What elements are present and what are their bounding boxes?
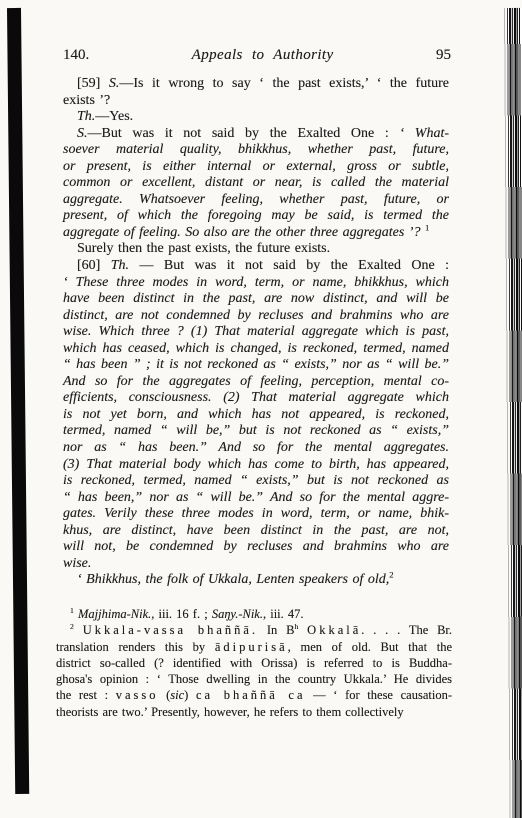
text-segment: the rest : <box>56 688 116 702</box>
body-line: aggregate. Whatsoever feeling, whether p… <box>63 192 449 209</box>
body-line: And so for the aggregates of feeling, pe… <box>63 374 449 391</box>
body-line: khus, are distinct, have been distinct i… <box>63 523 449 540</box>
text-segment: [60] <box>77 258 111 273</box>
body-line: [59] S.—Is it wrong to say ‘ the past ex… <box>63 76 449 93</box>
text-segment: In B <box>258 623 294 637</box>
text-segment: ‘ What- <box>399 126 449 141</box>
text-segment: vasso <box>116 688 159 702</box>
body-text: [59] S.—Is it wrong to say ‘ the past ex… <box>63 76 449 589</box>
text-segment: ādipurisā <box>215 640 288 654</box>
text-segment <box>74 623 83 637</box>
footnote-line: ghosa's opinion : ‘ Those dwelling in th… <box>56 671 452 687</box>
text-segment: Saŋy.-Nik. <box>212 607 263 621</box>
footnote-line: district so-called (? identified with Or… <box>56 655 452 671</box>
body-line: ‘ These three modes in word, term, or na… <box>63 275 449 292</box>
text-segment: district so-called (? identified with Or… <box>56 656 452 670</box>
body-line: termed, named “ will be,” but is not rec… <box>63 423 449 440</box>
text-segment: , iii. 47. <box>263 607 304 621</box>
text-segment: “ has been ” ; it is not reckoned as “ e… <box>63 357 449 372</box>
footnotes: 1 Majjhima-Nik., iii. 16 f. ; Saŋy.-Nik.… <box>56 606 452 720</box>
body-line: which has ceased, which is changed, is r… <box>63 341 449 358</box>
text-segment: exists ’? <box>63 93 110 108</box>
text-segment: —But was it not said by the Exalted One … <box>88 126 400 141</box>
body-line: present, of which the foregoing may be s… <box>63 208 449 225</box>
text-segment: Majjhima-Nik. <box>78 607 151 621</box>
running-title: Appeals to Authority <box>89 47 436 64</box>
page-edge-stripes <box>502 8 522 818</box>
text-segment: ‘ Bhikkhus, the folk of Ukkala, Lenten s… <box>77 572 389 587</box>
footnote-line: the rest : vasso (sic) ca bhaññā ca — ‘ … <box>56 687 452 703</box>
text-segment: ca bhaññā ca <box>196 688 306 702</box>
body-line: ‘ Bhikkhus, the folk of Ukkala, Lenten s… <box>63 572 449 589</box>
text-segment: “ has been,” nor as “ will be.” And so f… <box>63 490 449 505</box>
text-segment: ) <box>184 688 196 702</box>
text-segment: Surely then the past exists, the future … <box>77 241 330 256</box>
text-segment: termed, named “ will be,” but is not rec… <box>63 423 449 438</box>
text-segment: Th. <box>111 258 129 273</box>
superscript-marker: 1 <box>425 222 429 232</box>
scanned-book-page: 140. Appeals to Authority 95 [59] S.—Is … <box>0 0 522 818</box>
text-segment: S. <box>109 76 120 91</box>
text-segment: efficients, consciousness. (2) That mate… <box>63 390 449 405</box>
text-segment: is reckoned, termed, named “ exists,” bu… <box>63 473 449 488</box>
superscript-marker: 2 <box>389 570 393 580</box>
text-segment: . . . . The Br. <box>361 623 452 637</box>
text-segment: khus, are distinct, have been distinct i… <box>63 523 449 538</box>
text-segment: gates. Verily these three modes in word,… <box>63 506 449 521</box>
text-segment: —Yes. <box>95 109 133 124</box>
text-segment: ( <box>158 688 170 702</box>
text-segment: soever material quality, bhikkhus, wheth… <box>63 142 449 157</box>
body-line: wise. Which three ? (1) That material ag… <box>63 324 449 341</box>
footnote-line: translation renders this by ādipurisā, m… <box>56 639 452 655</box>
binding-shadow <box>7 8 29 794</box>
body-line: distinct, are not condemned by recluses … <box>63 308 449 325</box>
body-line: S.—But was it not said by the Exalted On… <box>63 126 449 143</box>
text-segment: wise. <box>63 556 91 571</box>
text-segment: , men of old. But that the <box>288 640 452 654</box>
body-line: “ has been ” ; it is not reckoned as “ e… <box>63 357 449 374</box>
text-segment: is not yet born, and which has not appea… <box>63 407 449 422</box>
text-segment: have been distinct in the past, are now … <box>63 291 449 306</box>
text-segment: , iii. 16 f. ; <box>151 607 212 621</box>
text-segment: aggregate of feeling. So also are the ot… <box>63 225 425 240</box>
text-segment: —Is it wrong to say ‘ the past exists,’ … <box>119 76 449 91</box>
footnote-line: theorists are two.’ Presently, however, … <box>56 704 452 720</box>
text-segment: which has ceased, which is changed, is r… <box>63 341 449 356</box>
text-segment: Ukkala-vassa bhaññā. <box>83 623 258 637</box>
text-segment <box>298 623 307 637</box>
text-segment: nor as “ has been.” And so for the menta… <box>63 440 449 455</box>
section-number: 140. <box>63 47 89 64</box>
footnote-line: 1 Majjhima-Nik., iii. 16 f. ; Saŋy.-Nik.… <box>56 606 452 622</box>
text-segment: theorists are two.’ Presently, however, … <box>56 705 404 719</box>
text-segment: present, of which the foregoing may be s… <box>63 208 449 223</box>
body-line: will not, be condemned by recluses and b… <box>63 539 449 556</box>
text-segment: — But was it not said by the Exalted One… <box>129 258 449 273</box>
text-segment: Okkalā <box>307 623 361 637</box>
body-line: or present, is either internal or extern… <box>63 159 449 176</box>
body-line: aggregate of feeling. So also are the ot… <box>63 225 449 242</box>
body-line: exists ’? <box>63 93 449 110</box>
text-segment: translation renders this by <box>56 640 215 654</box>
body-line: nor as “ has been.” And so for the menta… <box>63 440 449 457</box>
text-segment: will not, be condemned by recluses and b… <box>63 539 449 554</box>
body-line: [60] Th. — But was it not said by the Ex… <box>63 258 449 275</box>
body-line: is reckoned, termed, named “ exists,” bu… <box>63 473 449 490</box>
text-segment: common or excellent, distant or near, is… <box>63 175 449 190</box>
footnote-line: 2 Ukkala-vassa bhaññā. In Bh Okkalā. . .… <box>56 622 452 638</box>
text-segment: — ‘ for these causation- <box>306 688 452 702</box>
body-line: have been distinct in the past, are now … <box>63 291 449 308</box>
body-line: efficients, consciousness. (2) That mate… <box>63 390 449 407</box>
text-segment: (3) That material body which has come to… <box>63 457 449 472</box>
text-segment: wise. Which three ? (1) That material ag… <box>63 324 449 339</box>
body-line: “ has been,” nor as “ will be.” And so f… <box>63 490 449 507</box>
text-segment: or present, is either internal or extern… <box>63 159 449 174</box>
text-segment: distinct, are not condemned by recluses … <box>63 308 449 323</box>
body-line: Surely then the past exists, the future … <box>63 241 449 258</box>
text-segment: S. <box>77 126 88 141</box>
text-segment: [59] <box>77 76 109 91</box>
text-segment: Th. <box>77 109 95 124</box>
text-segment: sic <box>170 688 184 702</box>
text-segment: aggregate. Whatsoever feeling, whether p… <box>63 192 449 207</box>
body-line: (3) That material body which has come to… <box>63 457 449 474</box>
page-header: 140. Appeals to Authority 95 <box>63 47 451 64</box>
body-line: Th.—Yes. <box>63 109 449 126</box>
page-number: 95 <box>436 47 451 64</box>
body-line: common or excellent, distant or near, is… <box>63 175 449 192</box>
text-segment: ghosa's opinion : ‘ Those dwelling in th… <box>56 672 452 686</box>
body-line: is not yet born, and which has not appea… <box>63 407 449 424</box>
body-line: gates. Verily these three modes in word,… <box>63 506 449 523</box>
text-segment: ‘ These three modes in word, term, or na… <box>63 275 449 290</box>
body-line: soever material quality, bhikkhus, wheth… <box>63 142 449 159</box>
text-segment: And so for the aggregates of feeling, pe… <box>63 374 449 389</box>
